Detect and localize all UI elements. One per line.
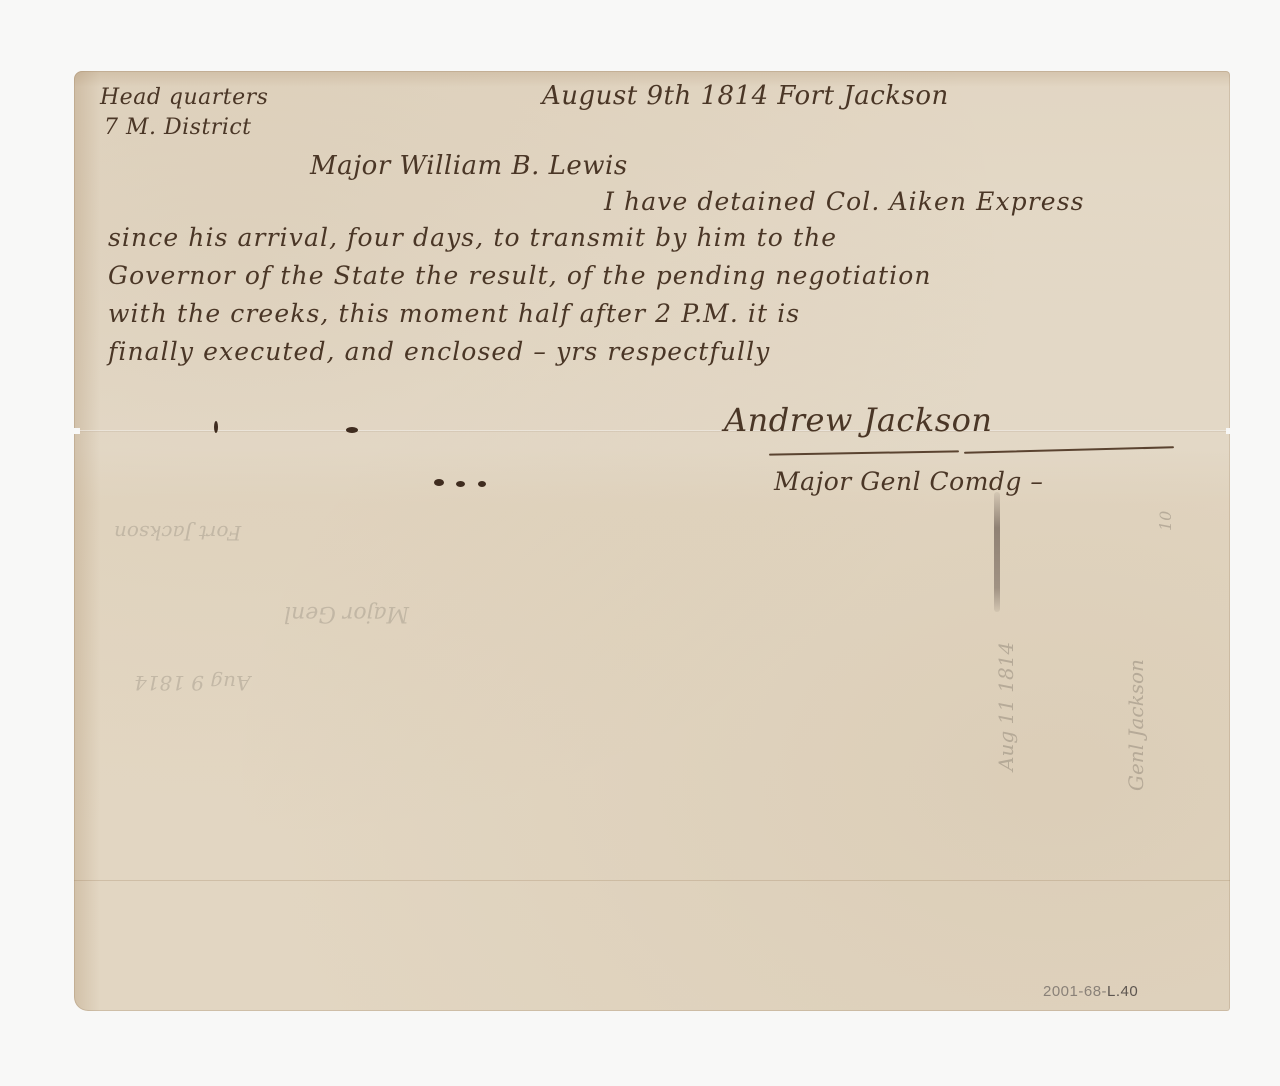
fold-notch-left	[70, 428, 80, 434]
docket-text-1: Aug 11 1814	[994, 642, 1018, 771]
body-line-1: I have detained Col. Aiken Express	[604, 187, 1085, 216]
signature-underline-right	[964, 446, 1174, 453]
heading-line-1: Head quarters	[100, 85, 268, 110]
ink-blot	[478, 481, 486, 487]
letter-paper: Head quarters 7 M. District August 9th 1…	[74, 71, 1230, 1011]
docket-text-3: 10	[1156, 511, 1175, 531]
catalog-number: 2001-68-L.40	[1043, 983, 1138, 1000]
heading-line-2: 7 M. District	[104, 115, 252, 140]
document-scan: Head quarters 7 M. District August 9th 1…	[0, 0, 1280, 1086]
signature-title: Major Genl Comdg –	[774, 467, 1043, 496]
body-line-3: Governor of the State the result, of the…	[108, 261, 932, 290]
lower-crease	[74, 880, 1230, 881]
ink-blot	[456, 481, 465, 487]
bleed-through-text-3: Aug 9 1814	[134, 671, 250, 695]
bleed-through-text-1: Fort Jackson	[114, 521, 241, 545]
vertical-ink-stroke	[994, 492, 1000, 612]
signature-underline	[769, 450, 959, 455]
catalog-number-faint: 2001-68-	[1043, 983, 1107, 1000]
dateline: August 9th 1814 Fort Jackson	[542, 81, 949, 111]
docket-text-2: Genl Jackson	[1124, 659, 1148, 791]
fold-notch-right	[1226, 428, 1236, 434]
body-line-4: with the creeks, this moment half after …	[108, 299, 800, 328]
ink-blot	[214, 421, 218, 433]
fold-crease	[74, 430, 1230, 432]
ink-blot	[346, 427, 358, 433]
paper-edge-shading	[74, 71, 100, 1011]
salutation: Major William B. Lewis	[310, 151, 628, 181]
ink-blot	[434, 479, 444, 486]
body-line-5: finally executed, and enclosed – yrs res…	[108, 337, 770, 366]
catalog-number-dark: L.40	[1107, 983, 1138, 1000]
bleed-through-text-2: Major Genl	[284, 601, 409, 626]
signature-name: Andrew Jackson	[724, 401, 993, 439]
body-line-2: since his arrival, four days, to transmi…	[108, 223, 837, 252]
